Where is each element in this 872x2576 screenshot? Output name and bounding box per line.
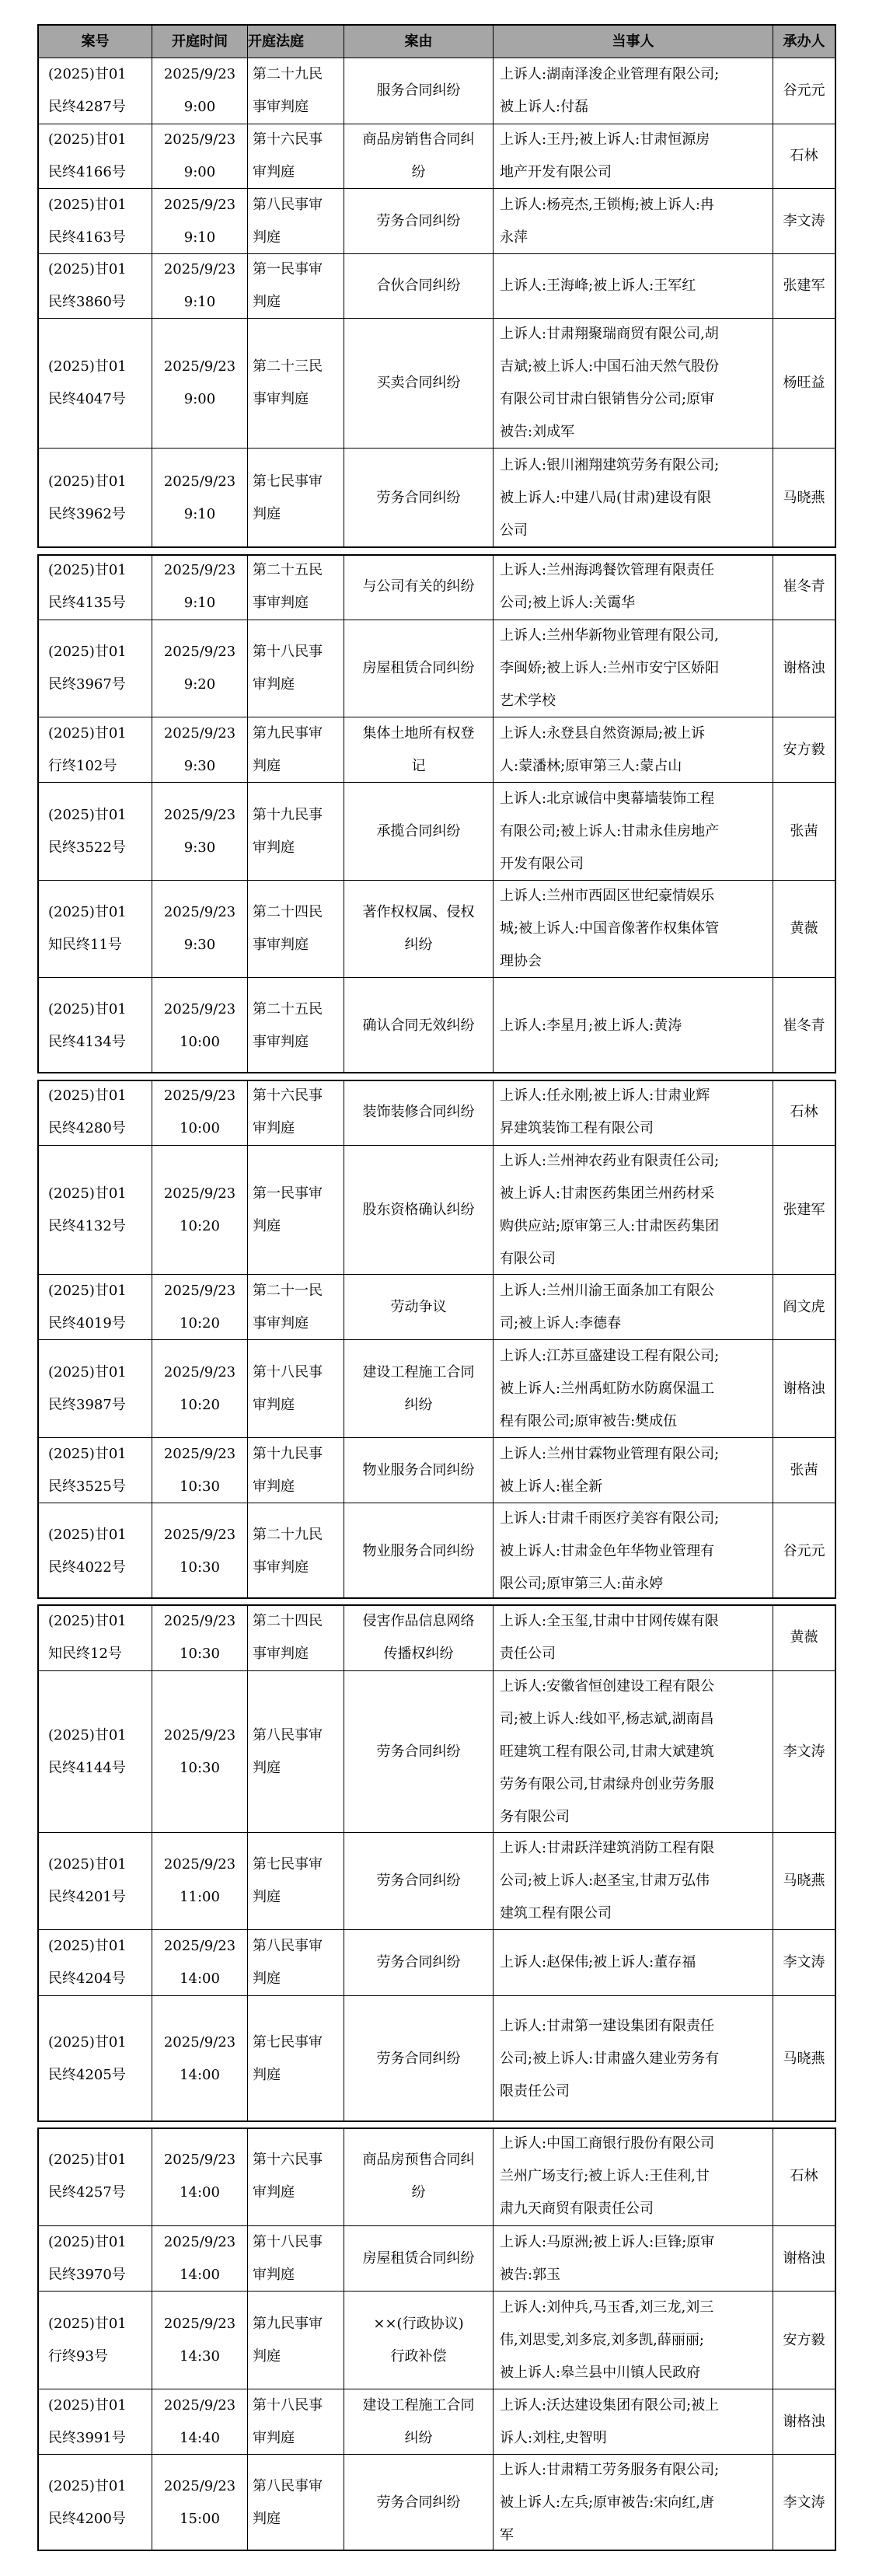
parties-cell: 上诉人:江苏亘盛建设工程有限公司; 被上诉人:兰州禹虹防水防腐保温工 程有限公司… bbox=[493, 1340, 773, 1437]
judge-cell: 马晓燕 bbox=[773, 1996, 835, 2122]
judge-text: 石林 bbox=[773, 2160, 835, 2193]
hearing-time-cell: 2025/9/23 10:30 bbox=[152, 1604, 247, 1670]
courtroom-cell: 第十九民事 审判庭 bbox=[247, 783, 344, 880]
judge-text: 谢格浊 bbox=[773, 652, 835, 685]
table-row: (2025)甘01 知民终12号2025/9/23 10:30第二十四民 事审判… bbox=[39, 1604, 835, 1670]
case-number-text: (2025)甘01 民终3962号 bbox=[48, 466, 148, 531]
case-cause-cell: 劳务合同纠纷 bbox=[344, 2455, 493, 2551]
parties-cell: 上诉人:兰州海鸿餐饮管理有限责任 公司;被上诉人:关霭华 bbox=[493, 554, 773, 620]
parties-cell: 上诉人:甘肃翔聚瑞商贸有限公司,胡 吉斌;被上诉人:中国石油天然气股份 有限公司… bbox=[493, 319, 773, 448]
judge-text: 谢格浊 bbox=[773, 1373, 835, 1405]
case-cause-cell: 承揽合同纠纷 bbox=[344, 783, 493, 880]
courtroom-text: 第十九民事 审判庭 bbox=[253, 799, 339, 864]
hearing-time-cell: 2025/9/23 9:30 bbox=[152, 881, 247, 977]
courtroom-cell: 第二十四民 事审判庭 bbox=[247, 1604, 344, 1670]
case-cause-cell: 建设工程施工合同 纠纷 bbox=[344, 1340, 493, 1437]
table-row: (2025)甘01 民终4204号2025/9/23 14:00第八民事审 判庭… bbox=[39, 1929, 835, 1995]
case-cause-text: 房屋租赁合同纠纷 bbox=[351, 2243, 487, 2275]
case-cause-text: 确认合同无效纠纷 bbox=[351, 1010, 487, 1042]
case-cause-cell: 房屋租赁合同纠纷 bbox=[344, 620, 493, 717]
header-parties: 当事人 bbox=[493, 26, 773, 58]
hearing-time-text: 2025/9/23 9:00 bbox=[155, 124, 244, 189]
judge-cell: 崔冬青 bbox=[773, 978, 835, 1073]
parties-cell: 上诉人:甘肃跃洋建筑消防工程有限 公司;被上诉人:赵圣宝,甘肃万弘伟 建筑工程有… bbox=[493, 1833, 773, 1929]
table-row: (2025)甘01 民终3525号2025/9/23 10:30第十九民事 审判… bbox=[39, 1437, 835, 1503]
hearing-time-text: 2025/9/23 9:10 bbox=[155, 466, 244, 531]
case-cause-cell: 物业服务合同纠纷 bbox=[344, 1503, 493, 1599]
hearing-time-text: 2025/9/23 9:00 bbox=[155, 58, 244, 124]
courtroom-cell: 第十六民事 审判庭 bbox=[247, 2127, 344, 2225]
table-row: (2025)甘01 民终4022号2025/9/23 10:30第二十九民 事审… bbox=[39, 1503, 835, 1599]
hearing-time-cell: 2025/9/23 14:00 bbox=[152, 2226, 247, 2291]
header-label: 案号 bbox=[39, 26, 152, 58]
parties-cell: 上诉人:永登县自然资源局;被上诉 人:蒙潘林;原审第三人:蒙占山 bbox=[493, 717, 773, 782]
case-number-cell: (2025)甘01 民终4257号 bbox=[39, 2127, 152, 2225]
case-number-text: (2025)甘01 民终4280号 bbox=[48, 1080, 148, 1145]
courtroom-cell: 第二十四民 事审判庭 bbox=[247, 881, 344, 977]
case-cause-text: 股东资格确认纠纷 bbox=[351, 1194, 487, 1227]
case-cause-cell: 侵害作品信息网络 传播权纠纷 bbox=[344, 1604, 493, 1670]
table-row: (2025)甘01 行终102号2025/9/23 9:30第九民事审 判庭集体… bbox=[39, 717, 835, 782]
parties-cell: 上诉人:兰州市西固区世纪豪情娱乐 城;被上诉人:中国音像著作权集体管 理协会 bbox=[493, 881, 773, 977]
case-cause-text: 集体土地所有权登 记 bbox=[351, 717, 487, 783]
table-row: (2025)甘01 民终4132号2025/9/23 10:20第一民事审 判庭… bbox=[39, 1145, 835, 1274]
table-row: (2025)甘01 民终4163号2025/9/23 9:10第八民事审 判庭劳… bbox=[39, 188, 835, 253]
case-cause-text: 装饰装修合同纠纷 bbox=[351, 1096, 487, 1129]
courtroom-text: 第二十五民 事审判庭 bbox=[253, 993, 339, 1059]
case-number-cell: (2025)甘01 行终93号 bbox=[39, 2292, 152, 2389]
case-cause-text: 商品房预售合同纠 纷 bbox=[351, 2144, 487, 2209]
judge-text: 崔冬青 bbox=[773, 571, 835, 603]
case-cause-cell: 物业服务合同纠纷 bbox=[344, 1438, 493, 1503]
courtroom-text: 第十八民事 审判庭 bbox=[253, 636, 339, 701]
header-judge: 承办人 bbox=[773, 26, 835, 58]
hearing-time-text: 2025/9/23 9:30 bbox=[155, 799, 244, 864]
judge-text: 马晓燕 bbox=[773, 482, 835, 515]
hearing-time-cell: 2025/9/23 14:30 bbox=[152, 2292, 247, 2389]
hearing-time-cell: 2025/9/23 9:00 bbox=[152, 319, 247, 448]
parties-text: 上诉人:安徽省恒创建设工程有限公 司;被上诉人:线如平,杨志斌,湖南昌 旺建筑工… bbox=[500, 1670, 766, 1834]
courtroom-cell: 第十八民事 审判庭 bbox=[247, 2389, 344, 2454]
header-label: 开庭法庭 bbox=[248, 26, 344, 58]
hearing-time-text: 2025/9/23 14:00 bbox=[155, 2026, 244, 2092]
case-number-text: (2025)甘01 行终102号 bbox=[48, 717, 148, 783]
courtroom-cell: 第一民事审 判庭 bbox=[247, 254, 344, 318]
table-row: (2025)甘01 民终4144号2025/9/23 10:30第八民事审 判庭… bbox=[39, 1670, 835, 1832]
hearing-time-text: 2025/9/23 10:00 bbox=[155, 1080, 244, 1145]
courtroom-cell: 第九民事审 判庭 bbox=[247, 2292, 344, 2389]
case-cause-cell: 劳务合同纠纷 bbox=[344, 1671, 493, 1832]
courtroom-text: 第八民事审 判庭 bbox=[253, 1719, 339, 1785]
judge-cell: 阎文虎 bbox=[773, 1275, 835, 1339]
parties-text: 上诉人:沃达建设集团有限公司;被上 诉人:刘柱,史智明 bbox=[500, 2389, 766, 2455]
judge-cell: 谷元元 bbox=[773, 58, 835, 124]
judge-cell: 谢格浊 bbox=[773, 2226, 835, 2291]
judge-cell: 杨旺益 bbox=[773, 319, 835, 448]
parties-text: 上诉人:王丹;被上诉人:甘肃恒源房 地产开发有限公司 bbox=[500, 124, 766, 189]
hearing-time-text: 2025/9/23 10:30 bbox=[155, 1719, 244, 1785]
case-cause-text: 劳务合同纠纷 bbox=[351, 482, 487, 515]
hearing-time-cell: 2025/9/23 10:20 bbox=[152, 1275, 247, 1339]
parties-text: 上诉人:湖南泽浚企业管理有限公司; 被上诉人:付磊 bbox=[500, 58, 766, 124]
case-number-cell: (2025)甘01 民终3522号 bbox=[39, 783, 152, 880]
hearing-time-text: 2025/9/23 14:40 bbox=[155, 2389, 244, 2455]
case-cause-text: 承揽合同纠纷 bbox=[351, 815, 487, 848]
parties-text: 上诉人:王海峰;被上诉人:王军红 bbox=[500, 270, 766, 302]
hearing-time-text: 2025/9/23 9:20 bbox=[155, 636, 244, 701]
hearing-time-text: 2025/9/23 10:20 bbox=[155, 1178, 244, 1243]
parties-cell: 上诉人:赵保伟;被上诉人:董存福 bbox=[493, 1930, 773, 1995]
header-label: 开庭时间 bbox=[152, 26, 247, 58]
judge-text: 黄薇 bbox=[773, 913, 835, 945]
courtroom-cell: 第二十九民 事审判庭 bbox=[247, 58, 344, 124]
case-number-text: (2025)甘01 民终3525号 bbox=[48, 1438, 148, 1503]
judge-cell: 张建军 bbox=[773, 1146, 835, 1274]
case-cause-cell: 与公司有关的纠纷 bbox=[344, 554, 493, 620]
case-number-cell: (2025)甘01 民终4132号 bbox=[39, 1146, 152, 1274]
case-cause-cell: 劳务合同纠纷 bbox=[344, 449, 493, 548]
judge-cell: 黄薇 bbox=[773, 1604, 835, 1670]
hearing-time-text: 2025/9/23 9:10 bbox=[155, 253, 244, 319]
case-number-cell: (2025)甘01 民终3967号 bbox=[39, 620, 152, 717]
case-cause-text: 劳务合同纠纷 bbox=[351, 205, 487, 238]
hearing-time-text: 2025/9/23 14:30 bbox=[155, 2308, 244, 2373]
case-number-text: (2025)甘01 民终3991号 bbox=[48, 2389, 148, 2455]
courtroom-cell: 第二十五民 事审判庭 bbox=[247, 554, 344, 620]
parties-text: 上诉人:刘仲兵,马玉香,刘三龙,刘三 伟,刘思雯,刘多宸,刘多凯,薛丽丽; 被上… bbox=[500, 2292, 766, 2389]
judge-text: 马晓燕 bbox=[773, 2043, 835, 2075]
case-number-cell: (2025)甘01 民终4287号 bbox=[39, 58, 152, 124]
judge-cell: 安方毅 bbox=[773, 717, 835, 782]
judge-text: 谷元元 bbox=[773, 1535, 835, 1568]
case-cause-text: 劳动争议 bbox=[351, 1291, 487, 1324]
case-cause-text: 物业服务合同纠纷 bbox=[351, 1535, 487, 1568]
parties-cell: 上诉人:马原洲;被上诉人:巨锋;原审 被告:郭玉 bbox=[493, 2226, 773, 2291]
judge-cell: 李文涛 bbox=[773, 189, 835, 253]
parties-text: 上诉人:全玉玺,甘肃中甘网传媒有限 责任公司 bbox=[500, 1605, 766, 1670]
courtroom-text: 第十八民事 审判庭 bbox=[253, 1356, 339, 1422]
case-number-text: (2025)甘01 民终4132号 bbox=[48, 1178, 148, 1243]
case-number-cell: (2025)甘01 民终4019号 bbox=[39, 1275, 152, 1339]
header-label: 案由 bbox=[344, 26, 493, 58]
hearing-time-text: 2025/9/23 10:30 bbox=[155, 1605, 244, 1670]
parties-text: 上诉人:兰州海鸿餐饮管理有限责任 公司;被上诉人:关霭华 bbox=[500, 554, 766, 620]
case-cause-text: 劳务合同纠纷 bbox=[351, 1736, 487, 1768]
judge-cell: 张茜 bbox=[773, 1438, 835, 1503]
judge-cell: 张茜 bbox=[773, 783, 835, 880]
case-cause-text: 著作权权属、侵权 纠纷 bbox=[351, 896, 487, 962]
case-cause-cell: 商品房销售合同纠 纷 bbox=[344, 124, 493, 188]
hearing-time-text: 2025/9/23 9:30 bbox=[155, 717, 244, 783]
judge-cell: 谢格浊 bbox=[773, 1340, 835, 1437]
header-label: 承办人 bbox=[773, 26, 835, 58]
case-cause-cell: 商品房预售合同纠 纷 bbox=[344, 2127, 493, 2225]
case-number-cell: (2025)甘01 民终3860号 bbox=[39, 254, 152, 318]
case-number-cell: (2025)甘01 知民终12号 bbox=[39, 1604, 152, 1670]
table-row: (2025)甘01 民终4019号2025/9/23 10:20第二十一民 事审… bbox=[39, 1274, 835, 1339]
courtroom-cell: 第十九民事 审判庭 bbox=[247, 1438, 344, 1503]
case-number-text: (2025)甘01 民终4134号 bbox=[48, 993, 148, 1059]
courtroom-text: 第八民事审 判庭 bbox=[253, 2470, 339, 2536]
case-number-text: (2025)甘01 民终3860号 bbox=[48, 253, 148, 319]
case-cause-text: 建设工程施工合同 纠纷 bbox=[351, 2389, 487, 2455]
table-row: (2025)甘01 知民终11号2025/9/23 9:30第二十四民 事审判庭… bbox=[39, 880, 835, 977]
schedule-table-page-1: 案号开庭时间开庭法庭案由当事人承办人(2025)甘01 民终4287号2025/… bbox=[37, 24, 836, 548]
case-number-text: (2025)甘01 民终4163号 bbox=[48, 189, 148, 254]
hearing-time-cell: 2025/9/23 9:30 bbox=[152, 717, 247, 782]
parties-cell: 上诉人:任永刚;被上诉人:甘肃业辉 昇建筑装饰工程有限公司 bbox=[493, 1080, 773, 1145]
case-cause-text: 买卖合同纠纷 bbox=[351, 367, 487, 400]
case-number-cell: (2025)甘01 民终3962号 bbox=[39, 449, 152, 548]
case-number-cell: (2025)甘01 民终4144号 bbox=[39, 1671, 152, 1832]
courtroom-cell: 第八民事审 判庭 bbox=[247, 1930, 344, 1995]
table-row: (2025)甘01 民终3522号2025/9/23 9:30第十九民事 审判庭… bbox=[39, 782, 835, 880]
parties-text: 上诉人:兰州神农药业有限责任公司; 被上诉人:甘肃医药集团兰州药材采 购供应站;… bbox=[500, 1145, 766, 1276]
judge-text: 黄薇 bbox=[773, 1621, 835, 1654]
courtroom-cell: 第八民事审 判庭 bbox=[247, 189, 344, 253]
parties-cell: 上诉人:兰州神农药业有限责任公司; 被上诉人:甘肃医药集团兰州药材采 购供应站;… bbox=[493, 1146, 773, 1274]
hearing-time-text: 2025/9/23 10:20 bbox=[155, 1275, 244, 1340]
case-cause-text: 劳务合同纠纷 bbox=[351, 1865, 487, 1897]
case-cause-cell: 合伙合同纠纷 bbox=[344, 254, 493, 318]
case-number-text: (2025)甘01 民终4019号 bbox=[48, 1275, 148, 1340]
case-number-text: (2025)甘01 民终4022号 bbox=[48, 1519, 148, 1584]
case-cause-cell: 集体土地所有权登 记 bbox=[344, 717, 493, 782]
judge-cell: 石林 bbox=[773, 2127, 835, 2225]
judge-text: 谢格浊 bbox=[773, 2406, 835, 2438]
courtroom-text: 第七民事审 判庭 bbox=[253, 2026, 339, 2092]
case-number-cell: (2025)甘01 民终3970号 bbox=[39, 2226, 152, 2291]
table-row: (2025)甘01 民终3860号2025/9/23 9:10第一民事审 判庭合… bbox=[39, 253, 835, 318]
hearing-time-cell: 2025/9/23 10:20 bbox=[152, 1146, 247, 1274]
case-number-text: (2025)甘01 知民终11号 bbox=[48, 896, 148, 962]
judge-text: 张茜 bbox=[773, 1454, 835, 1487]
parties-cell: 上诉人:中国工商银行股份有限公司 兰州广场支行;被上诉人:王佳利,甘 肃九天商贸… bbox=[493, 2127, 773, 2225]
header-hearing-time: 开庭时间 bbox=[152, 26, 247, 58]
case-number-cell: (2025)甘01 民终4135号 bbox=[39, 554, 152, 620]
case-cause-cell: 劳务合同纠纷 bbox=[344, 1996, 493, 2122]
judge-text: 李文涛 bbox=[773, 1946, 835, 1979]
table-row: (2025)甘01 民终4047号2025/9/23 9:00第二十三民 事审判… bbox=[39, 318, 835, 448]
hearing-time-cell: 2025/9/23 10:30 bbox=[152, 1503, 247, 1599]
parties-text: 上诉人:李星月;被上诉人:黄涛 bbox=[500, 1010, 766, 1042]
parties-text: 上诉人:兰州甘霖物业管理有限公司; 被上诉人:崔全新 bbox=[500, 1438, 766, 1503]
case-number-cell: (2025)甘01 民终4134号 bbox=[39, 978, 152, 1073]
schedule-table-page-2: (2025)甘01 民终4135号2025/9/23 9:10第二十五民 事审判… bbox=[37, 554, 836, 1073]
case-number-text: (2025)甘01 民终4201号 bbox=[48, 1848, 148, 1914]
hearing-time-cell: 2025/9/23 9:20 bbox=[152, 620, 247, 717]
courtroom-text: 第二十一民 事审判庭 bbox=[253, 1275, 339, 1340]
courtroom-text: 第十六民事 审判庭 bbox=[253, 124, 339, 189]
courtroom-cell: 第一民事审 判庭 bbox=[247, 1146, 344, 1274]
header-case-number: 案号 bbox=[39, 26, 152, 58]
case-number-cell: (2025)甘01 民终4022号 bbox=[39, 1503, 152, 1599]
courtroom-cell: 第八民事审 判庭 bbox=[247, 1671, 344, 1832]
case-number-text: (2025)甘01 民终4200号 bbox=[48, 2470, 148, 2536]
courtroom-cell: 第十八民事 审判庭 bbox=[247, 620, 344, 717]
parties-text: 上诉人:永登县自然资源局;被上诉 人:蒙潘林;原审第三人:蒙占山 bbox=[500, 717, 766, 783]
judge-cell: 石林 bbox=[773, 124, 835, 188]
judge-text: 谢格浊 bbox=[773, 2243, 835, 2275]
courtroom-text: 第八民事审 判庭 bbox=[253, 189, 339, 254]
judge-cell: 李文涛 bbox=[773, 1671, 835, 1832]
parties-cell: 上诉人:李星月;被上诉人:黄涛 bbox=[493, 978, 773, 1073]
table-row: (2025)甘01 民终4205号2025/9/23 14:00第七民事审 判庭… bbox=[39, 1995, 835, 2122]
table-row: (2025)甘01 民终3962号2025/9/23 9:10第七民事审 判庭劳… bbox=[39, 448, 835, 548]
hearing-time-cell: 2025/9/23 9:10 bbox=[152, 554, 247, 620]
case-number-cell: (2025)甘01 行终102号 bbox=[39, 717, 152, 782]
hearing-time-cell: 2025/9/23 14:00 bbox=[152, 1996, 247, 2122]
courtroom-text: 第八民事审 判庭 bbox=[253, 1930, 339, 1995]
case-cause-cell: 买卖合同纠纷 bbox=[344, 319, 493, 448]
hearing-time-cell: 2025/9/23 14:00 bbox=[152, 2127, 247, 2225]
judge-cell: 马晓燕 bbox=[773, 1833, 835, 1929]
courtroom-cell: 第十八民事 审判庭 bbox=[247, 2226, 344, 2291]
table-row: (2025)甘01 民终3987号2025/9/23 10:20第十八民事 审判… bbox=[39, 1339, 835, 1437]
judge-text: 李文涛 bbox=[773, 2487, 835, 2519]
header-label: 当事人 bbox=[494, 26, 773, 58]
judge-cell: 李文涛 bbox=[773, 1930, 835, 1995]
courtroom-text: 第十八民事 审判庭 bbox=[253, 2389, 339, 2455]
table-row: (2025)甘01 民终4280号2025/9/23 10:00第十六民事 审判… bbox=[39, 1080, 835, 1145]
parties-text: 上诉人:甘肃跃洋建筑消防工程有限 公司;被上诉人:赵圣宝,甘肃万弘伟 建筑工程有… bbox=[500, 1832, 766, 1930]
case-number-text: (2025)甘01 行终93号 bbox=[48, 2308, 148, 2373]
courtroom-cell: 第二十九民 事审判庭 bbox=[247, 1503, 344, 1599]
hearing-time-cell: 2025/9/23 9:00 bbox=[152, 58, 247, 124]
hearing-time-cell: 2025/9/23 9:10 bbox=[152, 189, 247, 253]
judge-cell: 石林 bbox=[773, 1080, 835, 1145]
case-number-cell: (2025)甘01 民终4163号 bbox=[39, 189, 152, 253]
parties-text: 上诉人:中国工商银行股份有限公司 兰州广场支行;被上诉人:王佳利,甘 肃九天商贸… bbox=[500, 2127, 766, 2225]
case-cause-cell: 劳务合同纠纷 bbox=[344, 1930, 493, 1995]
case-cause-text: 物业服务合同纠纷 bbox=[351, 1454, 487, 1487]
courtroom-cell: 第二十五民 事审判庭 bbox=[247, 978, 344, 1073]
case-number-cell: (2025)甘01 民终4204号 bbox=[39, 1930, 152, 1995]
table-row: (2025)甘01 民终4135号2025/9/23 9:10第二十五民 事审判… bbox=[39, 554, 835, 620]
case-cause-text: 与公司有关的纠纷 bbox=[351, 571, 487, 603]
case-cause-text: 劳务合同纠纷 bbox=[351, 2043, 487, 2075]
case-cause-cell: 房屋租赁合同纠纷 bbox=[344, 2226, 493, 2291]
schedule-table-page-3: (2025)甘01 民终4280号2025/9/23 10:00第十六民事 审判… bbox=[37, 1080, 836, 1599]
courtroom-text: 第九民事审 判庭 bbox=[253, 717, 339, 783]
hearing-time-text: 2025/9/23 10:30 bbox=[155, 1438, 244, 1503]
judge-cell: 张建军 bbox=[773, 254, 835, 318]
courtroom-text: 第十六民事 审判庭 bbox=[253, 1080, 339, 1145]
hearing-time-text: 2025/9/23 10:00 bbox=[155, 993, 244, 1059]
parties-text: 上诉人:银川湘翔建筑劳务有限公司; 被上诉人:中建八局(甘肃)建设有限 公司 bbox=[500, 449, 766, 547]
table-row: (2025)甘01 行终93号2025/9/23 14:30第九民事审 判庭××… bbox=[39, 2291, 835, 2389]
case-cause-cell: 劳务合同纠纷 bbox=[344, 189, 493, 253]
case-number-text: (2025)甘01 民终4047号 bbox=[48, 351, 148, 416]
hearing-time-text: 2025/9/23 9:10 bbox=[155, 189, 244, 254]
case-number-text: (2025)甘01 知民终12号 bbox=[48, 1605, 148, 1670]
case-cause-cell: 著作权权属、侵权 纠纷 bbox=[344, 881, 493, 977]
case-cause-text: 侵害作品信息网络 传播权纠纷 bbox=[351, 1605, 487, 1670]
parties-cell: 上诉人:兰州川渝王面条加工有限公 司;被上诉人:李德春 bbox=[493, 1275, 773, 1339]
courtroom-text: 第二十四民 事审判庭 bbox=[253, 896, 339, 962]
case-cause-cell: 建设工程施工合同 纠纷 bbox=[344, 2389, 493, 2454]
parties-text: 上诉人:赵保伟;被上诉人:董存福 bbox=[500, 1946, 766, 1979]
courtroom-cell: 第八民事审 判庭 bbox=[247, 2455, 344, 2551]
schedule-table-page-4: (2025)甘01 知民终12号2025/9/23 10:30第二十四民 事审判… bbox=[37, 1604, 836, 2122]
header-case-cause: 案由 bbox=[344, 26, 493, 58]
case-number-cell: (2025)甘01 民终4280号 bbox=[39, 1080, 152, 1145]
hearing-time-cell: 2025/9/23 10:30 bbox=[152, 1438, 247, 1503]
parties-cell: 上诉人:杨亮杰,王锁梅;被上诉人:冉 永萍 bbox=[493, 189, 773, 253]
courtroom-text: 第二十九民 事审判庭 bbox=[253, 1519, 339, 1584]
case-number-text: (2025)甘01 民终3970号 bbox=[48, 2226, 148, 2292]
hearing-time-cell: 2025/9/23 14:00 bbox=[152, 1930, 247, 1995]
parties-text: 上诉人:甘肃精工劳务服务有限公司; 被上诉人:左兵;原审被告:宋向红,唐 军 bbox=[500, 2454, 766, 2552]
case-number-text: (2025)甘01 民终4135号 bbox=[48, 554, 148, 620]
judge-cell: 谢格浊 bbox=[773, 620, 835, 717]
case-cause-text: 商品房销售合同纠 纷 bbox=[351, 124, 487, 189]
parties-text: 上诉人:兰州华新物业管理有限公司, 李闽娇;被上诉人:兰州市安宁区娇阳 艺术学校 bbox=[500, 620, 766, 717]
case-number-text: (2025)甘01 民终4257号 bbox=[48, 2144, 148, 2209]
case-number-text: (2025)甘01 民终3522号 bbox=[48, 799, 148, 864]
case-number-cell: (2025)甘01 民终4047号 bbox=[39, 319, 152, 448]
parties-text: 上诉人:北京诚信中奥幕墙装饰工程 有限公司;被上诉人:甘肃永佳房地产 开发有限公… bbox=[500, 783, 766, 881]
case-number-text: (2025)甘01 民终3967号 bbox=[48, 636, 148, 701]
courtroom-text: 第二十三民 事审判庭 bbox=[253, 351, 339, 416]
judge-text: 安方毅 bbox=[773, 734, 835, 766]
courtroom-cell: 第七民事审 判庭 bbox=[247, 449, 344, 548]
parties-cell: 上诉人:刘仲兵,马玉香,刘三龙,刘三 伟,刘思雯,刘多宸,刘多凯,薛丽丽; 被上… bbox=[493, 2292, 773, 2389]
courtroom-text: 第一民事审 判庭 bbox=[253, 1178, 339, 1243]
courtroom-text: 第七民事审 判庭 bbox=[253, 1848, 339, 1914]
case-cause-cell: 劳务合同纠纷 bbox=[344, 1833, 493, 1929]
hearing-time-cell: 2025/9/23 10:00 bbox=[152, 1080, 247, 1145]
courtroom-text: 第十八民事 审判庭 bbox=[253, 2226, 339, 2292]
case-cause-text: 建设工程施工合同 纠纷 bbox=[351, 1356, 487, 1422]
table-row: (2025)甘01 民终3967号2025/9/23 9:20第十八民事 审判庭… bbox=[39, 620, 835, 717]
case-number-text: (2025)甘01 民终4166号 bbox=[48, 124, 148, 189]
parties-text: 上诉人:兰州川渝王面条加工有限公 司;被上诉人:李德春 bbox=[500, 1275, 766, 1340]
judge-text: 安方毅 bbox=[773, 2324, 835, 2357]
hearing-time-cell: 2025/9/23 14:40 bbox=[152, 2389, 247, 2454]
judge-text: 崔冬青 bbox=[773, 1010, 835, 1042]
table-row: (2025)甘01 民终4287号2025/9/23 9:00第二十九民 事审判… bbox=[39, 58, 835, 124]
case-number-text: (2025)甘01 民终4204号 bbox=[48, 1930, 148, 1995]
hearing-time-cell: 2025/9/23 11:00 bbox=[152, 1833, 247, 1929]
parties-cell: 上诉人:银川湘翔建筑劳务有限公司; 被上诉人:中建八局(甘肃)建设有限 公司 bbox=[493, 449, 773, 548]
table-header-row: 案号开庭时间开庭法庭案由当事人承办人 bbox=[39, 26, 835, 58]
courtroom-cell: 第二十三民 事审判庭 bbox=[247, 319, 344, 448]
case-number-text: (2025)甘01 民终3987号 bbox=[48, 1356, 148, 1422]
case-number-cell: (2025)甘01 民终3525号 bbox=[39, 1438, 152, 1503]
parties-cell: 上诉人:甘肃第一建设集团有限责任 公司;被上诉人:甘肃盛久建业劳务有 限责任公司 bbox=[493, 1996, 773, 2122]
judge-text: 张建军 bbox=[773, 1194, 835, 1227]
schedule-table-page-5: (2025)甘01 民终4257号2025/9/23 14:00第十六民事 审判… bbox=[37, 2127, 836, 2551]
parties-text: 上诉人:江苏亘盛建设工程有限公司; 被上诉人:兰州禹虹防水防腐保温工 程有限公司… bbox=[500, 1340, 766, 1438]
case-cause-cell: ××(行政协议) 行政补偿 bbox=[344, 2292, 493, 2389]
parties-cell: 上诉人:湖南泽浚企业管理有限公司; 被上诉人:付磊 bbox=[493, 58, 773, 124]
parties-cell: 上诉人:兰州华新物业管理有限公司, 李闽娇;被上诉人:兰州市安宁区娇阳 艺术学校 bbox=[493, 620, 773, 717]
case-number-text: (2025)甘01 民终4287号 bbox=[48, 58, 148, 124]
judge-cell: 李文涛 bbox=[773, 2455, 835, 2551]
parties-cell: 上诉人:兰州甘霖物业管理有限公司; 被上诉人:崔全新 bbox=[493, 1438, 773, 1503]
case-number-cell: (2025)甘01 知民终11号 bbox=[39, 881, 152, 977]
judge-text: 石林 bbox=[773, 1096, 835, 1129]
hearing-time-text: 2025/9/23 10:20 bbox=[155, 1356, 244, 1422]
hearing-time-cell: 2025/9/23 9:30 bbox=[152, 783, 247, 880]
case-number-cell: (2025)甘01 民终3987号 bbox=[39, 1340, 152, 1437]
parties-cell: 上诉人:北京诚信中奥幕墙装饰工程 有限公司;被上诉人:甘肃永佳房地产 开发有限公… bbox=[493, 783, 773, 880]
parties-text: 上诉人:任永刚;被上诉人:甘肃业辉 昇建筑装饰工程有限公司 bbox=[500, 1080, 766, 1145]
parties-cell: 上诉人:甘肃精工劳务服务有限公司; 被上诉人:左兵;原审被告:宋向红,唐 军 bbox=[493, 2455, 773, 2551]
judge-text: 李文涛 bbox=[773, 205, 835, 238]
courtroom-text: 第九民事审 判庭 bbox=[253, 2308, 339, 2373]
